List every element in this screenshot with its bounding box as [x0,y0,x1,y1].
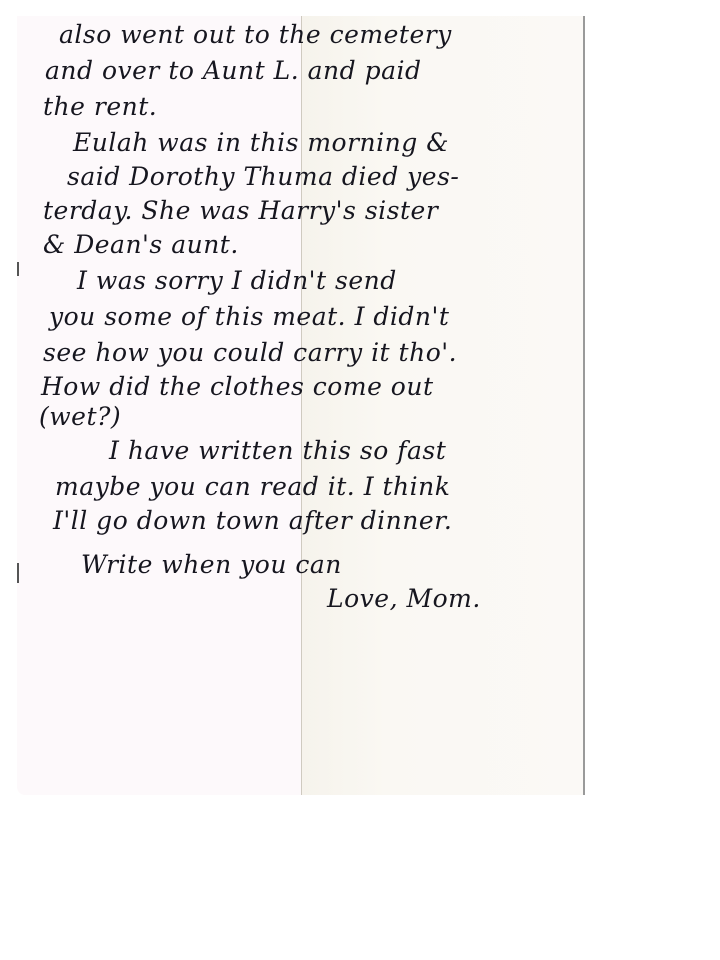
letter-line-1: also went out to the cemetery [59,20,452,49]
letter-line-15: I'll go down town after dinner. [53,506,452,535]
letter-line-7: & Dean's aunt. [43,230,239,259]
letter-line-14: maybe you can read it. I think [55,472,450,501]
letter-line-2: and over to Aunt L. and paid [45,56,421,85]
edge-mark [17,563,19,583]
letter-page: also went out to the cemetery and over t… [17,16,585,795]
letter-line-16: Write when you can [81,550,342,579]
letter-line-4: Eulah was in this morning & [73,128,449,157]
letter-line-8: I was sorry I didn't send [77,266,397,295]
letter-line-13: I have written this so fast [109,436,446,465]
letter-closing: Love, Mom. [327,584,481,613]
letter-line-11: How did the clothes come out [41,372,434,401]
letter-line-3: the rent. [43,92,157,121]
letter-line-10: see how you could carry it tho'. [43,338,457,367]
letter-line-12: (wet?) [39,402,121,431]
letter-line-9: you some of this meat. I didn't [49,302,449,331]
letter-line-5: said Dorothy Thuma died yes- [67,162,459,191]
edge-mark [17,262,19,276]
letter-line-6: terday. She was Harry's sister [43,196,438,225]
